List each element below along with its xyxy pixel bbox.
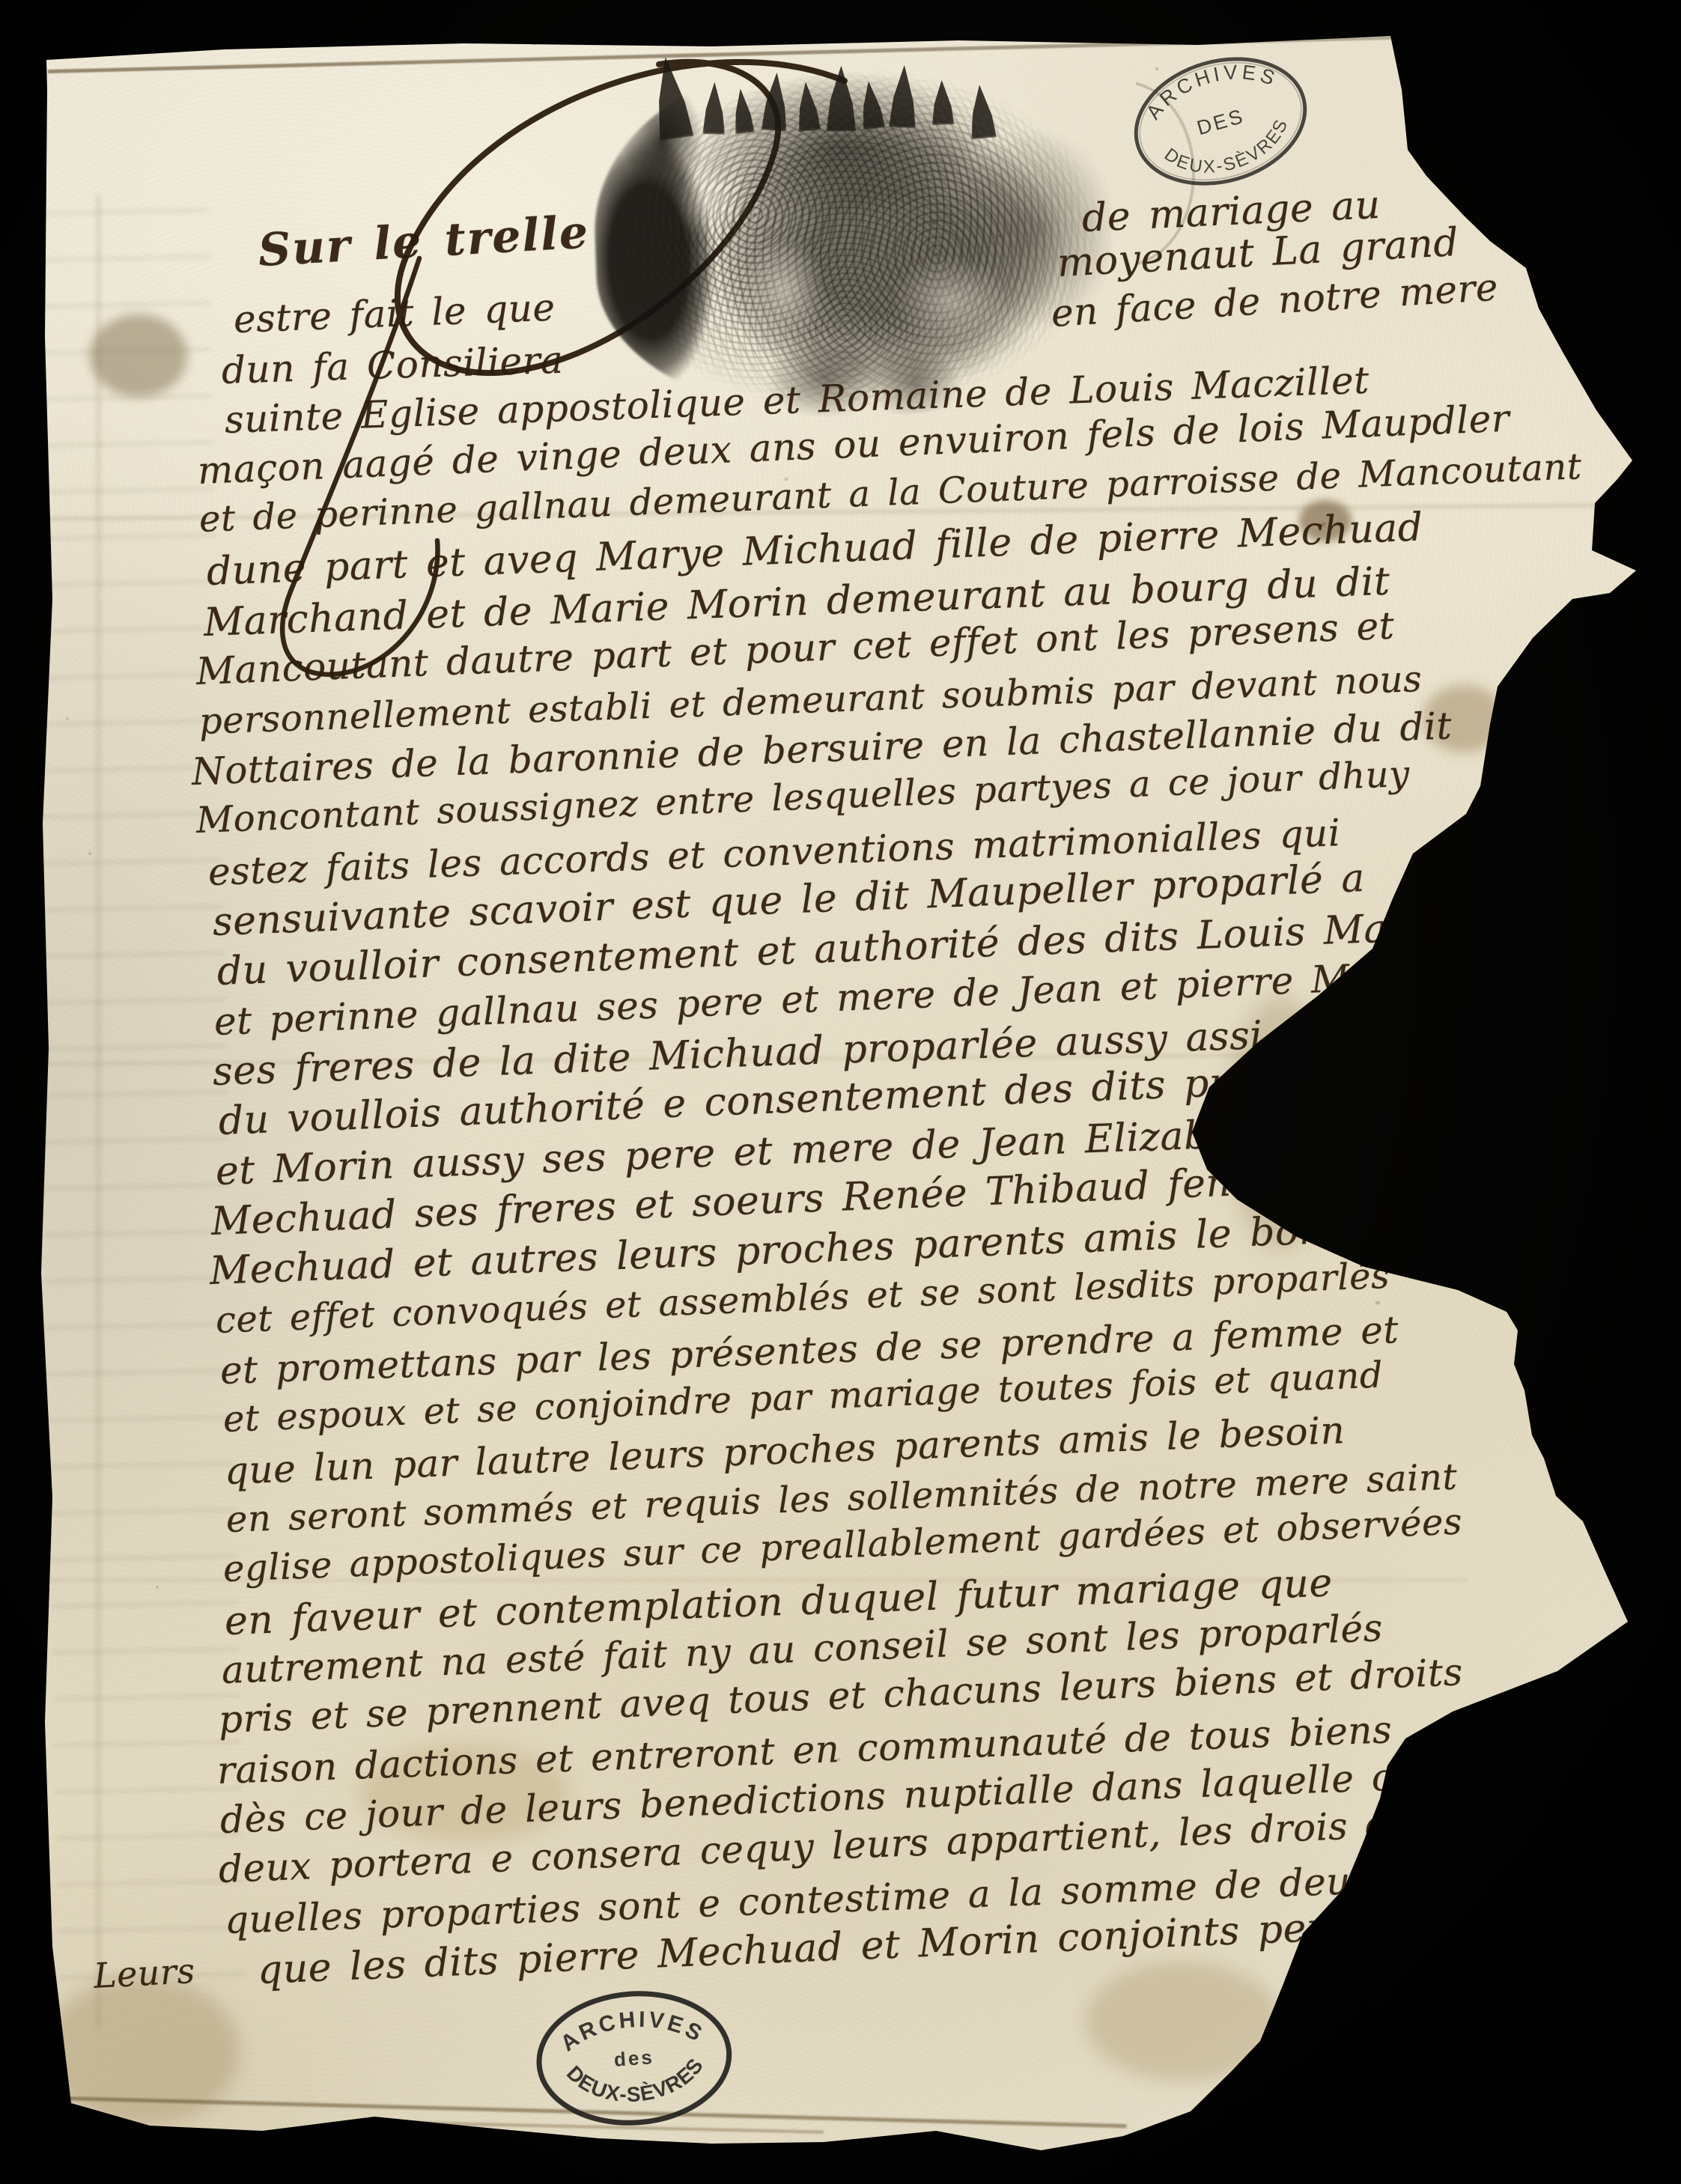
ink-blot-spike: [648, 55, 694, 141]
manuscript-line: Sur le trelle: [257, 206, 591, 277]
ink-blot-spike: [826, 65, 856, 131]
vertical-fold-crease: [96, 195, 101, 2029]
manuscript-line: estre fait le que: [233, 286, 556, 341]
stain: [1086, 1962, 1280, 2081]
ink-blot-spike: [931, 79, 955, 125]
archive-stamp-bottom: ARCHIVES des DEUX-SÈVRES: [529, 1982, 741, 2138]
ink-blot-light-patches: [589, 55, 1118, 425]
ink-blot: [589, 55, 1118, 425]
stain: [45, 1977, 240, 2126]
stamp-middle-text: des: [613, 2045, 655, 2071]
manuscript-page: Sur le trelle de mariage au estre fait l…: [0, 0, 1681, 2184]
stamp-middle-text: DES: [1194, 105, 1247, 140]
ink-blot-spike: [702, 82, 726, 135]
ink-blot-spike: [761, 72, 789, 132]
manuscript-line: dun fa Consiliera: [221, 338, 564, 392]
stain: [90, 314, 187, 397]
ink-blot-spike: [857, 79, 886, 130]
ink-blot-spike: [731, 88, 755, 134]
margin-note: Leurs: [93, 1950, 196, 1996]
archive-stamp-top-right: ARCHIVES DES DEUX-SÈVRES: [1112, 31, 1329, 212]
ink-blot-spike: [794, 81, 821, 132]
ink-blot-spike: [967, 84, 997, 140]
photo-stage: Sur le trelle de mariage au estre fait l…: [0, 0, 1681, 2184]
ink-blot-core: [589, 55, 1118, 425]
ink-blot-stipple: [589, 55, 1118, 425]
ink-blot-spike: [889, 64, 918, 128]
